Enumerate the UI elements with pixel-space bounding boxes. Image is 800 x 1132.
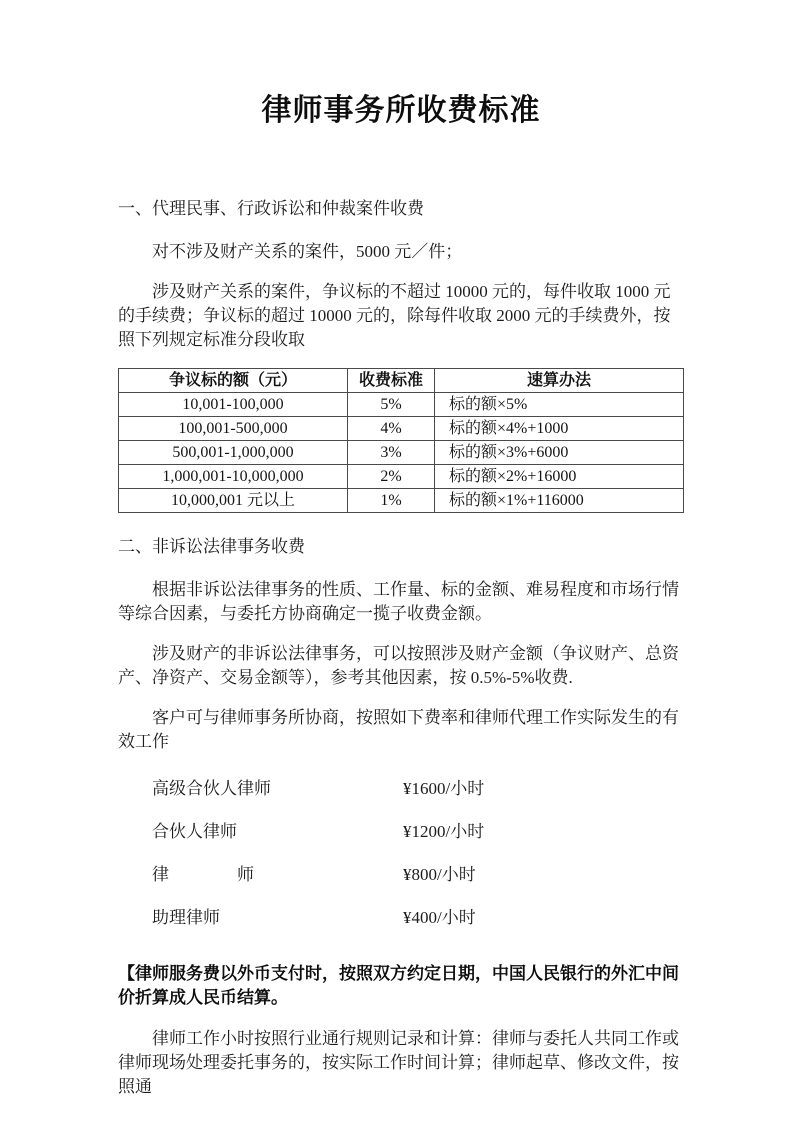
rate-value: ¥1200/小时 xyxy=(403,822,484,841)
fee-rate-cell: 5% xyxy=(348,393,435,417)
fee-amount-cell: 100,001-500,000 xyxy=(119,417,348,441)
fee-table-row: 500,001-1,000,000 3% 标的额×3%+6000 xyxy=(119,441,684,465)
fee-rate-cell: 4% xyxy=(348,417,435,441)
fee-table-row: 10,000,001 元以上 1% 标的额×1%+116000 xyxy=(119,489,684,513)
document-page: 律师事务所收费标准 一、代理民事、行政诉讼和仲裁案件收费 对不涉及财产关系的案件… xyxy=(0,0,800,1132)
section2-para-factors: 根据非诉讼法律事务的性质、工作量、标的金额、难易程度和市场行情等综合因素，与委托… xyxy=(118,578,684,626)
rate-value: ¥800/小时 xyxy=(403,865,476,884)
rate-row-partner: 合伙人律师¥1200/小时 xyxy=(118,820,684,844)
fee-calc-cell: 标的额×2%+16000 xyxy=(435,465,684,489)
rate-label: 合伙人律师 xyxy=(152,820,403,844)
fee-table-header-row: 争议标的额（元） 收费标准 速算办法 xyxy=(119,369,684,393)
fee-amount-cell: 10,001-100,000 xyxy=(119,393,348,417)
section2-para-property: 涉及财产的非诉讼法律事务，可以按照涉及财产金额（争议财产、总资产、净资产、交易金… xyxy=(118,642,684,690)
fee-table: 争议标的额（元） 收费标准 速算办法 10,001-100,000 5% 标的额… xyxy=(118,368,684,513)
rate-label: 律 师 xyxy=(152,863,403,887)
fee-calc-cell: 标的额×3%+6000 xyxy=(435,441,684,465)
fee-table-header-calc: 速算办法 xyxy=(435,369,684,393)
section1-para-no-property: 对不涉及财产关系的案件，5000 元／件； xyxy=(118,240,684,264)
fee-rate-cell: 3% xyxy=(348,441,435,465)
rate-row-lawyer: 律 师¥800/小时 xyxy=(118,863,684,887)
fee-table-row: 100,001-500,000 4% 标的额×4%+1000 xyxy=(119,417,684,441)
document-title: 律师事务所收费标准 xyxy=(118,91,684,131)
closing-paragraph: 律师工作小时按照行业通行规则记录和计算：律师与委托人共同工作或律师现场处理委托事… xyxy=(118,1027,684,1099)
fee-table-body: 10,001-100,000 5% 标的额×5% 100,001-500,000… xyxy=(119,393,684,513)
fee-table-row: 10,001-100,000 5% 标的额×5% xyxy=(119,393,684,417)
fee-calc-cell: 标的额×4%+1000 xyxy=(435,417,684,441)
fee-calc-cell: 标的额×1%+116000 xyxy=(435,489,684,513)
fee-amount-cell: 500,001-1,000,000 xyxy=(119,441,348,465)
fee-table-header-rate: 收费标准 xyxy=(348,369,435,393)
rate-value: ¥400/小时 xyxy=(403,908,476,927)
fee-rate-cell: 2% xyxy=(348,465,435,489)
fee-amount-cell: 1,000,001-10,000,000 xyxy=(119,465,348,489)
section1-para-property: 涉及财产关系的案件，争议标的不超过 10000 元的，每件收取 1000 元的手… xyxy=(118,280,684,352)
section2-para-hourly-intro: 客户可与律师事务所协商，按照如下费率和律师代理工作实际发生的有效工作 xyxy=(118,706,684,754)
rate-row-senior-partner: 高级合伙人律师¥1600/小时 xyxy=(118,777,684,801)
section2-heading: 二、非诉讼法律事务收费 xyxy=(118,535,684,559)
rate-label: 助理律师 xyxy=(152,906,403,930)
fee-table-row: 1,000,001-10,000,000 2% 标的额×2%+16000 xyxy=(119,465,684,489)
foreign-currency-note: 【律师服务费以外币支付时，按照双方约定日期，中国人民银行的外汇中间价折算成人民币… xyxy=(118,962,684,1010)
fee-table-header: 争议标的额（元） 收费标准 速算办法 xyxy=(119,369,684,393)
fee-amount-cell: 10,000,001 元以上 xyxy=(119,489,348,513)
fee-rate-cell: 1% xyxy=(348,489,435,513)
hourly-rate-list: 高级合伙人律师¥1600/小时 合伙人律师¥1200/小时 律 师¥800/小时… xyxy=(118,777,684,930)
rate-label: 高级合伙人律师 xyxy=(152,777,403,801)
section1-heading: 一、代理民事、行政诉讼和仲裁案件收费 xyxy=(118,197,684,221)
rate-row-assistant: 助理律师¥400/小时 xyxy=(118,906,684,930)
fee-calc-cell: 标的额×5% xyxy=(435,393,684,417)
rate-value: ¥1600/小时 xyxy=(403,779,484,798)
fee-table-header-amount: 争议标的额（元） xyxy=(119,369,348,393)
